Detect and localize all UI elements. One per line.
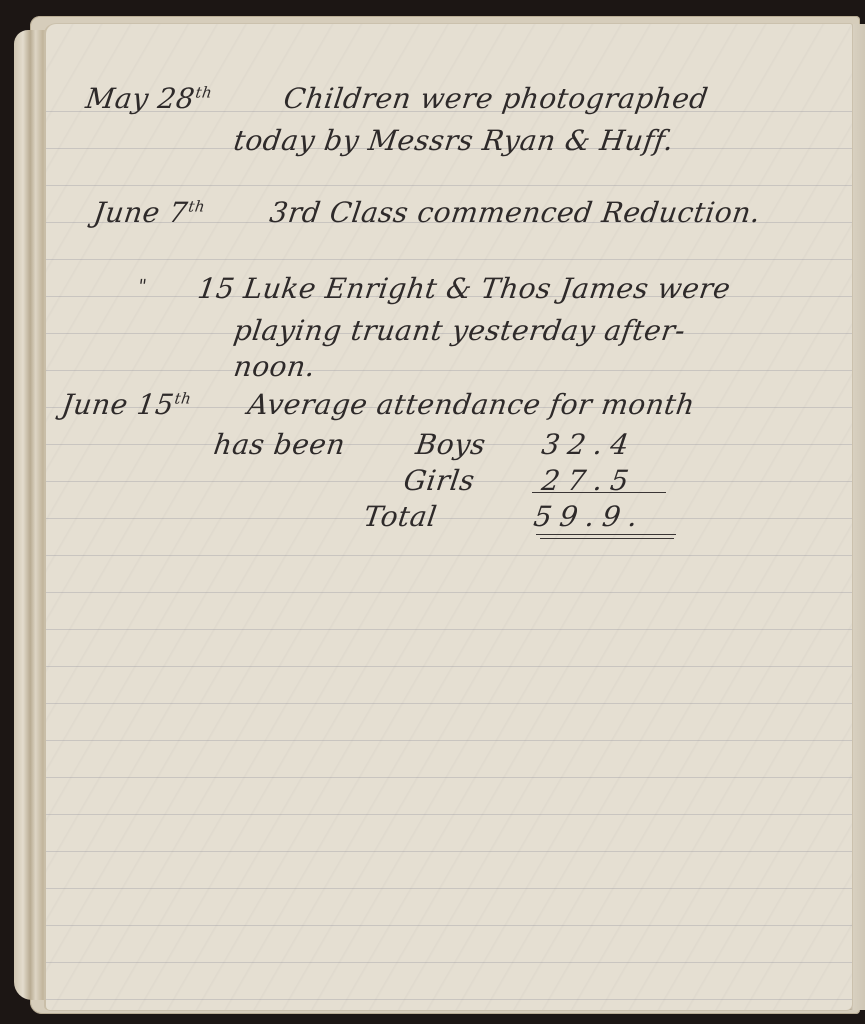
register-page: May 28th Children were photographed toda… bbox=[46, 24, 852, 1010]
sum-underline bbox=[532, 492, 666, 493]
total-double-underline-2 bbox=[540, 538, 674, 539]
entry-4-line-2: has been bbox=[212, 428, 348, 461]
entry-3-line-1: Luke Enright & Thos James were bbox=[242, 272, 733, 305]
entry-2-line-1: 3rd Class commenced Reduction. bbox=[268, 196, 763, 229]
entry-4-date: June 15th bbox=[60, 388, 193, 421]
entry-3-line-2: playing truant yesterday after- bbox=[232, 314, 688, 347]
entry-4-line-1: Average attendance for month bbox=[246, 388, 697, 421]
entry-1-date: May 28th bbox=[84, 82, 214, 115]
entry-2-date: June 7th bbox=[92, 196, 207, 229]
bleed-through-ink bbox=[46, 24, 852, 1010]
girls-label: Girls bbox=[402, 464, 477, 497]
total-label: Total bbox=[362, 500, 439, 533]
total-double-underline-1 bbox=[536, 534, 676, 535]
page-stack-edge bbox=[14, 30, 50, 1000]
boys-value: 32.4 bbox=[540, 428, 639, 461]
entry-1-line-1: Children were photographed bbox=[282, 82, 711, 115]
boys-label: Boys bbox=[414, 428, 488, 461]
total-value: 59.9. bbox=[532, 500, 648, 533]
entry-3-line-3: noon. bbox=[232, 350, 318, 383]
entry-3-day: 15 bbox=[196, 272, 237, 305]
entry-1-line-2: today by Messrs Ryan & Huff. bbox=[232, 124, 676, 157]
